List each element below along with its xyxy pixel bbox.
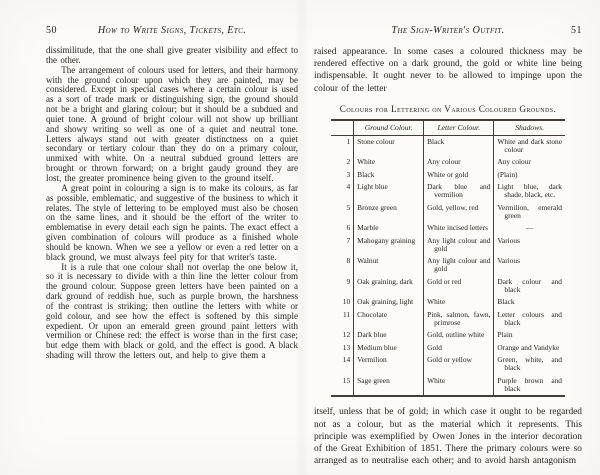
ground-colour-cell: Chocolate: [354, 309, 424, 330]
table-row: 1Stone colourBlackWhite and dark stone c…: [331, 135, 565, 156]
column-header: Letter Colour.: [424, 120, 494, 136]
row-number: 4: [331, 181, 354, 202]
shadows-cell: White and dark stone colour: [494, 135, 565, 156]
shadows-cell: Green, white, and black: [494, 354, 565, 375]
table-row: 13Medium blueGoldOrange and Vandyke: [331, 342, 565, 355]
right-page-intro: raised appearance. In some cases a colou…: [314, 46, 582, 95]
letter-colour-cell: Black: [424, 135, 494, 156]
table-row: 10Oak graining, lightWhiteBlack: [331, 296, 565, 309]
ground-colour-cell: Vermilion: [354, 354, 424, 375]
shadows-cell: Black: [494, 296, 565, 309]
row-number: 5: [331, 202, 354, 223]
shadows-cell: Dark colour and black: [494, 276, 565, 297]
shadows-cell: Plain: [494, 329, 565, 342]
column-header: Shadows.: [494, 120, 565, 136]
ground-colour-cell: Oak graining, dark: [354, 276, 424, 297]
left-page-body: dissimilitude, that the one shall give g…: [46, 46, 298, 361]
row-number: 8: [331, 255, 354, 276]
letter-colour-cell: Gold, outline white: [424, 329, 494, 342]
ground-colour-cell: Bronze green: [354, 202, 424, 223]
row-number: 10: [331, 296, 354, 309]
table-header-row: Ground Colour.Letter Colour.Shadows.: [331, 120, 565, 136]
table-row: 2WhiteAny colourAny colour: [331, 156, 565, 169]
ground-colour-cell: Marble: [354, 222, 424, 235]
scanned-book-spread: 50 How to Write Signs, Tickets, Etc. dis…: [0, 0, 600, 475]
row-number: 15: [331, 375, 354, 397]
ground-colour-cell: Dark blue: [354, 329, 424, 342]
letter-colour-cell: Gold: [424, 342, 494, 355]
right-page: The Sign-Writer's Outfit. 51 raised appe…: [314, 25, 582, 467]
ground-colour-cell: Mahogany graining: [354, 235, 424, 256]
row-number: 12: [331, 329, 354, 342]
table-row: 11ChocolatePink, salmon, fawn, primroseL…: [331, 309, 565, 330]
shadows-cell: Purple brown and black: [494, 375, 565, 397]
letter-colour-cell: White incised letters: [424, 222, 494, 235]
letter-colour-cell: Any colour: [424, 156, 494, 169]
paragraph: raised appearance. In some cases a colou…: [314, 46, 582, 95]
right-page-header: The Sign-Writer's Outfit. 51: [314, 25, 582, 36]
paragraph: It is a rule that one colour shall not o…: [46, 263, 298, 361]
shadows-cell: —: [494, 222, 565, 235]
table-row: 7Mahogany grainingAny light colour and g…: [331, 235, 565, 256]
table-row: 9Oak graining, darkGold or redDark colou…: [331, 276, 565, 297]
letter-colour-cell: Pink, salmon, fawn, primrose: [424, 309, 494, 330]
ground-colour-cell: Oak graining, light: [354, 296, 424, 309]
shadows-cell: Letter colours and black: [494, 309, 565, 330]
row-number: 11: [331, 309, 354, 330]
book-spread: 50 How to Write Signs, Tickets, Etc. dis…: [0, 0, 600, 467]
shadows-cell: Various: [494, 255, 565, 276]
shadows-cell: Light blue, dark shade, black, etc.: [494, 181, 565, 202]
row-number: 2: [331, 156, 354, 169]
left-page: 50 How to Write Signs, Tickets, Etc. dis…: [46, 25, 298, 467]
paragraph: dissimilitude, that the one shall give g…: [46, 46, 298, 66]
letter-colour-cell: Gold or red: [424, 276, 494, 297]
paragraph: itself, unless that be of gold; in which…: [314, 406, 582, 467]
shadows-cell: Various: [494, 235, 565, 256]
paragraph: A great point in colouring a sign is to …: [46, 184, 298, 263]
letter-colour-cell: White: [424, 296, 494, 309]
ground-colour-cell: Sage green: [354, 375, 424, 397]
ground-colour-cell: Light blue: [354, 181, 424, 202]
shadows-cell: (Plain): [494, 169, 565, 182]
ground-colour-cell: Stone colour: [354, 135, 424, 156]
row-number: 7: [331, 235, 354, 256]
row-number: 14: [331, 354, 354, 375]
shadows-cell: Orange and Vandyke: [494, 342, 565, 355]
table-row: 5Bronze greenGold, yellow, redVermilion,…: [331, 202, 565, 223]
row-number: 6: [331, 222, 354, 235]
ground-colour-cell: White: [354, 156, 424, 169]
table-row: 12Dark blueGold, outline whitePlain: [331, 329, 565, 342]
row-number: 13: [331, 342, 354, 355]
table-title: Colours for Lettering on Various Coloure…: [332, 104, 564, 115]
table-row: 8WalnutAny light colour and goldVarious: [331, 255, 565, 276]
table-row: 14VermilionGold or yellowGreen, white, a…: [331, 354, 565, 375]
letter-colour-cell: Any light colour and gold: [424, 235, 494, 256]
column-header: [331, 120, 354, 136]
row-number: 9: [331, 276, 354, 297]
left-page-header: 50 How to Write Signs, Tickets, Etc.: [46, 25, 298, 36]
letter-colour-cell: Dark blue and vermilion: [424, 181, 494, 202]
table-head: Ground Colour.Letter Colour.Shadows.: [331, 120, 565, 136]
row-number: 1: [331, 135, 354, 156]
right-running-title: The Sign-Writer's Outfit.: [342, 25, 554, 36]
ground-colour-cell: Medium blue: [354, 342, 424, 355]
left-page-number: 50: [46, 25, 74, 36]
paragraph: The arrangement of colours used for lett…: [46, 66, 298, 184]
table-row: 6MarbleWhite incised letters—: [331, 222, 565, 235]
table-row: 3BlackWhite or gold(Plain): [331, 169, 565, 182]
letter-colour-cell: Gold, yellow, red: [424, 202, 494, 223]
left-running-title: How to Write Signs, Tickets, Etc.: [74, 25, 270, 36]
colours-table: Ground Colour.Letter Colour.Shadows. 1St…: [331, 119, 565, 398]
ground-colour-cell: Black: [354, 169, 424, 182]
letter-colour-cell: Gold or yellow: [424, 354, 494, 375]
shadows-cell: Any colour: [494, 156, 565, 169]
right-page-number: 51: [554, 25, 582, 36]
right-page-outro: itself, unless that be of gold; in which…: [314, 406, 582, 467]
letter-colour-cell: White or gold: [424, 169, 494, 182]
letter-colour-cell: Any light colour and gold: [424, 255, 494, 276]
table-row: 15Sage greenWhitePurple brown and black: [331, 375, 565, 397]
table-row: 4Light blueDark blue and vermilionLight …: [331, 181, 565, 202]
letter-colour-cell: White: [424, 375, 494, 397]
table-body: 1Stone colourBlackWhite and dark stone c…: [331, 135, 565, 396]
shadows-cell: Vermilion, emerald green: [494, 202, 565, 223]
row-number: 3: [331, 169, 354, 182]
ground-colour-cell: Walnut: [354, 255, 424, 276]
column-header: Ground Colour.: [354, 120, 424, 136]
